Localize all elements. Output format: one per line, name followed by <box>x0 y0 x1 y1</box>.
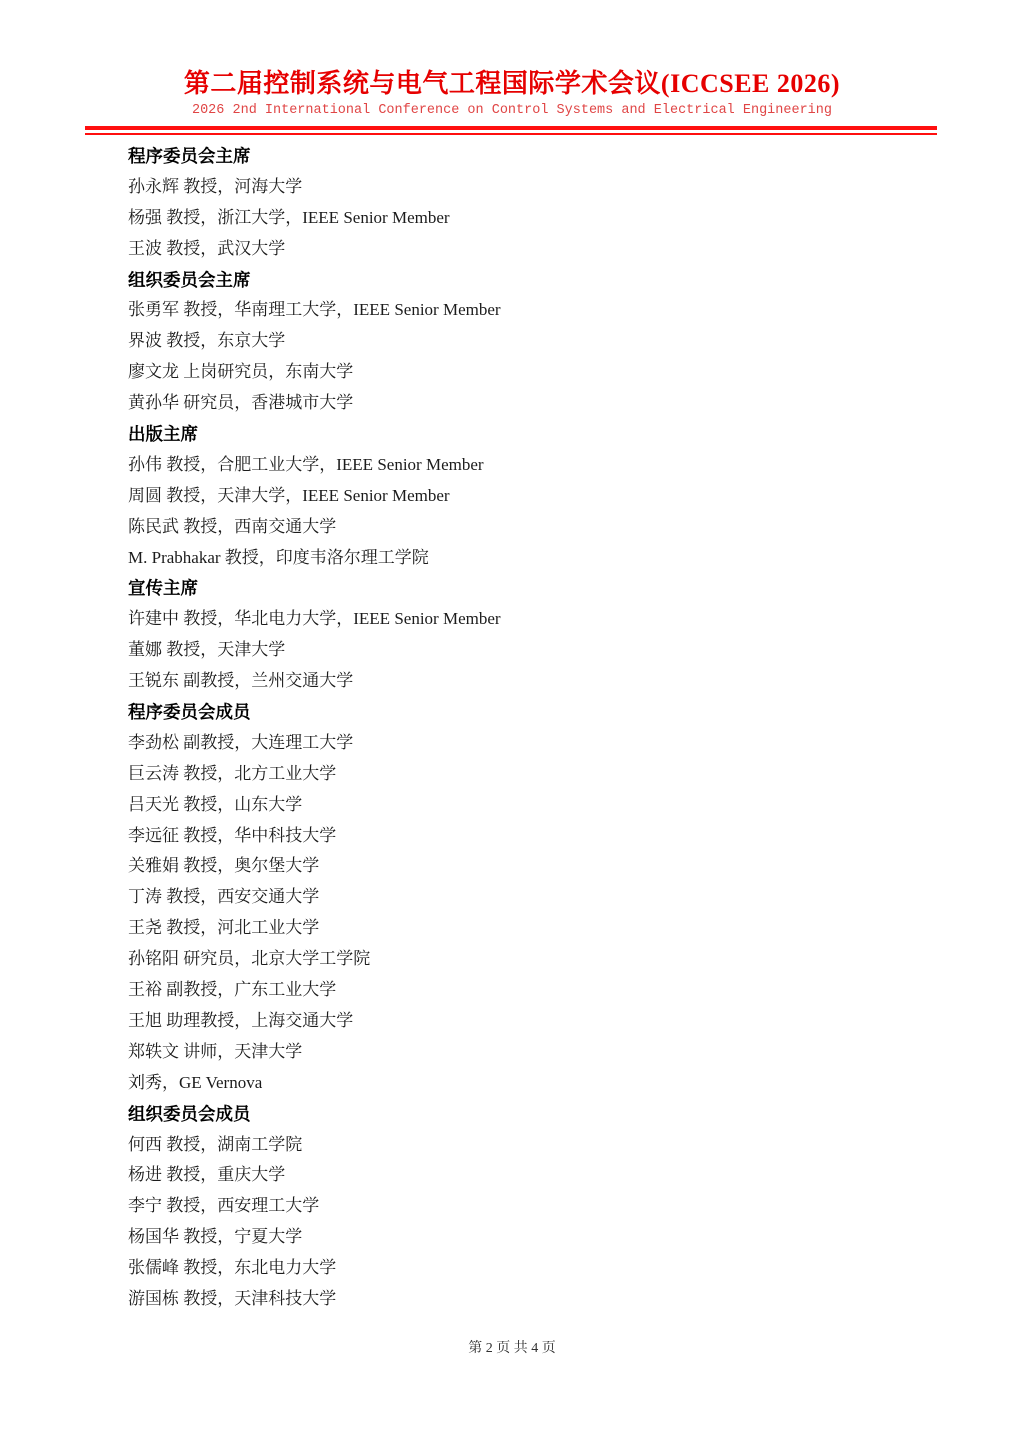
member-line: 廖文龙 上岗研究员，东南大学 <box>128 357 964 388</box>
member-line: 关雅娟 教授，奥尔堡大学 <box>128 851 964 882</box>
member-line: 杨强 教授，浙江大学，IEEE Senior Member <box>128 203 964 234</box>
document-page: 第二届控制系统与电气工程国际学术会议(ICCSEE 2026) 2026 2nd… <box>0 0 1024 1448</box>
member-line: 李宁 教授，西安理工大学 <box>128 1191 964 1222</box>
member-line: 刘秀，GE Vernova <box>128 1068 964 1099</box>
member-line: M. Prabhakar 教授，印度韦洛尔理工学院 <box>128 543 964 574</box>
member-line: 王尧 教授，河北工业大学 <box>128 913 964 944</box>
member-line: 董娜 教授，天津大学 <box>128 635 964 666</box>
section-heading: 组织委员会主席 <box>128 265 964 296</box>
member-line: 杨进 教授，重庆大学 <box>128 1160 964 1191</box>
member-line: 王裕 副教授，广东工业大学 <box>128 975 964 1006</box>
member-line: 孙伟 教授，合肥工业大学，IEEE Senior Member <box>128 450 964 481</box>
member-line: 何西 教授，湖南工学院 <box>128 1130 964 1161</box>
member-line: 吕天光 教授，山东大学 <box>128 790 964 821</box>
member-line: 周圆 教授，天津大学，IEEE Senior Member <box>128 481 964 512</box>
member-line: 界波 教授，东京大学 <box>128 326 964 357</box>
member-line: 张勇军 教授，华南理工大学，IEEE Senior Member <box>128 295 964 326</box>
member-line: 李劲松 副教授，大连理工大学 <box>128 728 964 759</box>
member-line: 陈民武 教授，西南交通大学 <box>128 512 964 543</box>
member-line: 李远征 教授，华中科技大学 <box>128 821 964 852</box>
member-line: 游国栋 教授，天津科技大学 <box>128 1284 964 1315</box>
member-line: 许建中 教授，华北电力大学，IEEE Senior Member <box>128 604 964 635</box>
member-line: 孙铭阳 研究员，北京大学工学院 <box>128 944 964 975</box>
member-line: 张儒峰 教授，东北电力大学 <box>128 1253 964 1284</box>
member-line: 杨国华 教授，宁夏大学 <box>128 1222 964 1253</box>
member-line: 王锐东 副教授，兰州交通大学 <box>128 666 964 697</box>
member-line: 孙永辉 教授，河海大学 <box>128 172 964 203</box>
section-heading: 宣传主席 <box>128 573 964 604</box>
conference-title-english: 2026 2nd International Conference on Con… <box>0 103 1024 119</box>
section-heading: 程序委员会主席 <box>128 141 964 172</box>
section-heading: 出版主席 <box>128 419 964 450</box>
member-line: 郑轶文 讲师，天津大学 <box>128 1037 964 1068</box>
document-header: 第二届控制系统与电气工程国际学术会议(ICCSEE 2026) 2026 2nd… <box>0 68 1024 119</box>
committee-list: 程序委员会主席孙永辉 教授，河海大学杨强 教授，浙江大学，IEEE Senior… <box>128 141 964 1315</box>
document-footer: 第 2 页 共 4 页 <box>0 1337 1024 1357</box>
member-line: 王波 教授，武汉大学 <box>128 234 964 265</box>
conference-title-chinese: 第二届控制系统与电气工程国际学术会议(ICCSEE 2026) <box>0 68 1024 100</box>
section-heading: 程序委员会成员 <box>128 697 964 728</box>
member-line: 黄孙华 研究员，香港城市大学 <box>128 388 964 419</box>
member-line: 丁涛 教授，西安交通大学 <box>128 882 964 913</box>
section-heading: 组织委员会成员 <box>128 1099 964 1130</box>
member-line: 王旭 助理教授，上海交通大学 <box>128 1006 964 1037</box>
header-divider-rule <box>85 126 937 135</box>
member-line: 巨云涛 教授，北方工业大学 <box>128 759 964 790</box>
page-number: 第 2 页 共 4 页 <box>468 1341 556 1356</box>
